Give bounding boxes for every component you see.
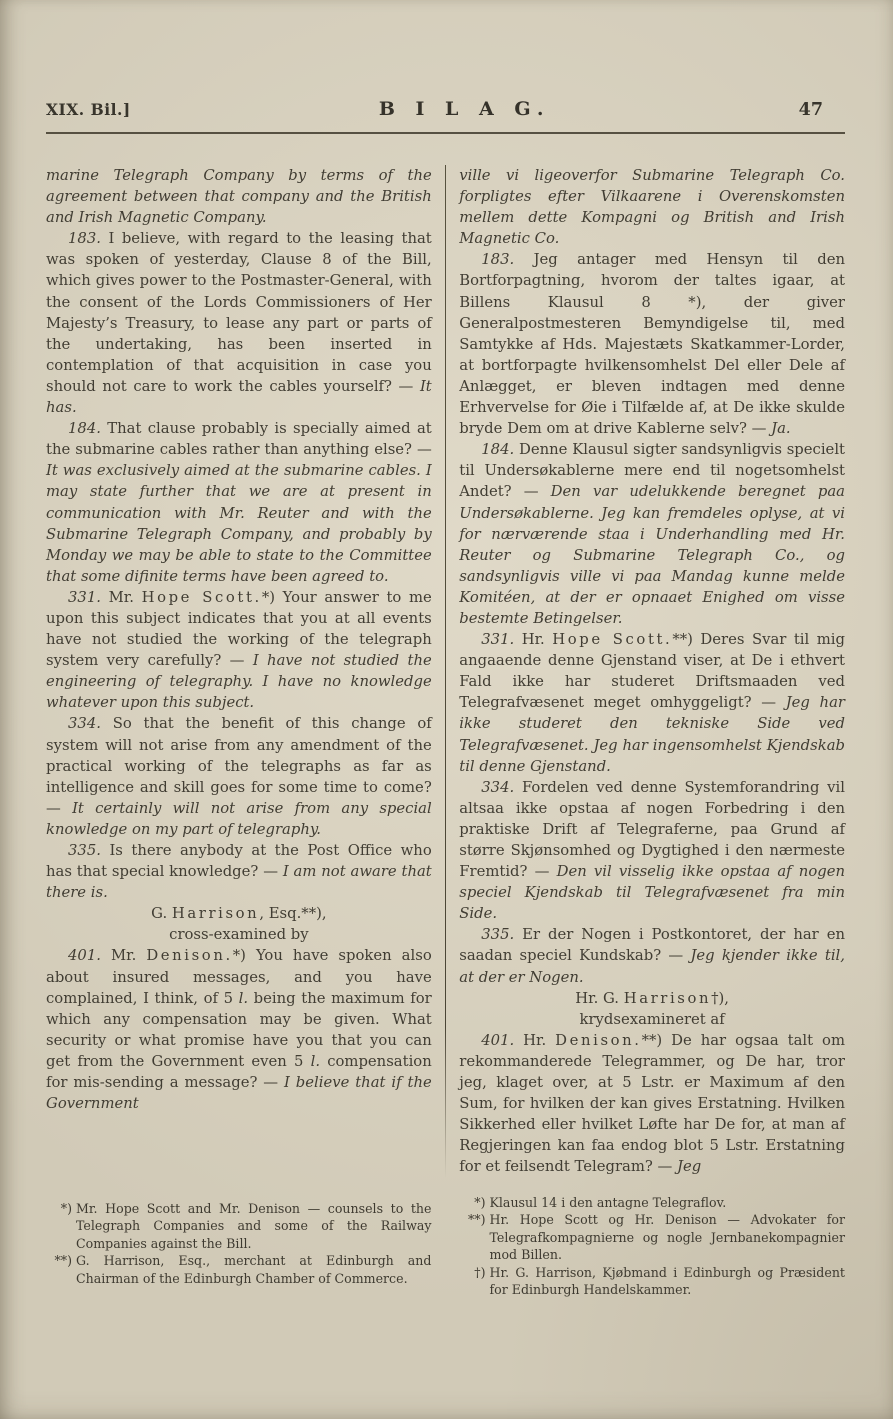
question-number: 334. bbox=[68, 715, 113, 732]
text-segment: krydsexamineret af bbox=[580, 1011, 725, 1028]
footnote-text: Mr. Hope Scott and Mr. Denison — counsel… bbox=[76, 1201, 432, 1251]
witness-heading: Hr. G. Harrison†), bbox=[459, 988, 845, 1009]
text-segment: Hr. bbox=[523, 1032, 555, 1049]
answer-text: It was exclusively aimed at the submarin… bbox=[46, 462, 432, 584]
question-335: 335. Is there anybody at the Post Office… bbox=[46, 840, 432, 903]
header-section-label: XIX. Bil.] bbox=[46, 100, 131, 119]
question-401: 401. Hr. Denison.**) De har ogsaa talt o… bbox=[459, 1030, 845, 1178]
footnote: *)Klausul 14 i den antagne Telegraflov. bbox=[460, 1194, 846, 1212]
footnote: **)G. Harrison, Esq., merchant at Edinbu… bbox=[46, 1252, 432, 1287]
question-number: 334. bbox=[481, 779, 522, 796]
text-segment: Hr. bbox=[522, 631, 553, 648]
witness-subheading: krydsexamineret af bbox=[459, 1009, 845, 1030]
answer-text: Jeg bbox=[677, 1158, 701, 1175]
footnote-text: G. Harrison, Esq., merchant at Edinburgh… bbox=[76, 1253, 432, 1286]
question-331: 331. Mr. Hope Scott.*) Your answer to me… bbox=[46, 587, 432, 714]
text-segment: Hr. G. bbox=[575, 990, 623, 1007]
question-331: 331. Hr. Hope Scott.**) Deres Svar til m… bbox=[459, 629, 845, 777]
scanned-document-page: { "header": { "left": "XIX. Bil.]", "cen… bbox=[0, 0, 893, 1419]
footnote-marker: *) bbox=[460, 1194, 490, 1212]
witness-subheading: cross-examined by bbox=[46, 924, 432, 945]
footnote: †)Hr. G. Harrison, Kjøbmand i Edinburgh … bbox=[460, 1264, 846, 1299]
footnote: *)Mr. Hope Scott and Mr. Denison — couns… bbox=[46, 1200, 432, 1253]
footnote-text: Hr. Hope Scott og Hr. Denison — Advokate… bbox=[490, 1212, 846, 1262]
text-segment: cross-examined by bbox=[169, 926, 308, 943]
question-number: 331. bbox=[481, 631, 521, 648]
text-segment: I believe, with regard to the leasing th… bbox=[46, 230, 432, 395]
page-number: 47 bbox=[799, 100, 845, 120]
answer-text: Den var udelukkende beregnet paa Undersø… bbox=[459, 483, 845, 627]
text-segment: marine Telegraph Company by terms of the… bbox=[46, 167, 432, 226]
text-segment: **) De har ogsaa talt om rekommanderede … bbox=[459, 1032, 845, 1176]
speaker-name: Denison. bbox=[146, 947, 232, 964]
question-number: 184. bbox=[481, 441, 519, 458]
footnote-marker: *) bbox=[46, 1200, 76, 1218]
question-number: 401. bbox=[68, 947, 111, 964]
page: XIX. Bil.] B I L A G. 47 marine Telegrap… bbox=[0, 0, 893, 1419]
question-183: 183. Jeg antager med Hensyn til den Bort… bbox=[459, 249, 845, 439]
main-text: marine Telegraph Company by terms of the… bbox=[46, 165, 845, 1178]
question-184: 184. Denne Klausul sigter sandsynligvis … bbox=[459, 439, 845, 629]
text-segment: Jeg antager med Hensyn til den Bortforpa… bbox=[459, 251, 845, 437]
text-segment: †), bbox=[711, 990, 729, 1007]
speaker-name: Hope Scott. bbox=[142, 589, 262, 606]
question-183: 183. I believe, with regard to the leasi… bbox=[46, 228, 432, 418]
footnote-marker: **) bbox=[460, 1211, 490, 1229]
continuation-paragraph: marine Telegraph Company by terms of the… bbox=[46, 165, 432, 228]
footnotes-section: *)Mr. Hope Scott and Mr. Denison — couns… bbox=[46, 1194, 845, 1300]
answer-text: It certainly will not arise from any spe… bbox=[46, 800, 432, 838]
footnote-text: Hr. G. Harrison, Kjøbmand i Edinburgh og… bbox=[490, 1265, 846, 1298]
question-number: 183. bbox=[68, 230, 108, 247]
text-segment: l. bbox=[239, 990, 248, 1007]
footnote-marker: †) bbox=[460, 1264, 490, 1282]
witness-heading: G. Harrison, Esq.**), bbox=[46, 903, 432, 924]
text-segment: l. bbox=[311, 1053, 320, 1070]
footnote-text: Klausul 14 i den antagne Telegraflov. bbox=[490, 1195, 727, 1210]
question-number: 331. bbox=[68, 589, 109, 606]
page-header: XIX. Bil.] B I L A G. 47 bbox=[46, 98, 845, 126]
question-184: 184. That clause probably is specially a… bbox=[46, 418, 432, 587]
question-335: 335. Er der Nogen i Postkontoret, der ha… bbox=[459, 924, 845, 987]
question-number: 335. bbox=[481, 926, 522, 943]
continuation-paragraph: ville vi ligeoverfor Submarine Telegraph… bbox=[459, 165, 845, 249]
question-number: 183. bbox=[481, 251, 533, 268]
text-column-danish: ville vi ligeoverfor Submarine Telegraph… bbox=[446, 165, 845, 1178]
witness-name: Harrison bbox=[172, 905, 259, 922]
footnotes-danish: *)Klausul 14 i den antagne Telegraflov.*… bbox=[446, 1194, 846, 1300]
text-segment: Mr. bbox=[109, 589, 142, 606]
question-number: 184. bbox=[68, 420, 107, 437]
text-segment: ville vi ligeoverfor Submarine Telegraph… bbox=[459, 167, 845, 247]
answer-text: Ja. bbox=[771, 420, 790, 437]
text-column-english: marine Telegraph Company by terms of the… bbox=[46, 165, 445, 1178]
footnote-marker: **) bbox=[46, 1252, 76, 1270]
question-number: 335. bbox=[68, 842, 109, 859]
question-334: 334. So that the benefit of this change … bbox=[46, 713, 432, 840]
page-heading: B I L A G. bbox=[131, 98, 799, 120]
question-334: 334. Fordelen ved denne Systemforandring… bbox=[459, 777, 845, 925]
header-rule bbox=[46, 132, 845, 134]
text-segment: , Esq.**), bbox=[259, 905, 326, 922]
text-segment: Mr. bbox=[111, 947, 146, 964]
footnotes-english: *)Mr. Hope Scott and Mr. Denison — couns… bbox=[46, 1194, 446, 1300]
speaker-name: Denison. bbox=[555, 1032, 641, 1049]
witness-name: Harrison bbox=[624, 990, 711, 1007]
text-segment: G. bbox=[151, 905, 172, 922]
speaker-name: Hope Scott. bbox=[552, 631, 672, 648]
question-401: 401. Mr. Denison.*) You have spoken also… bbox=[46, 945, 432, 1114]
footnote: **)Hr. Hope Scott og Hr. Denison — Advok… bbox=[460, 1211, 846, 1264]
question-number: 401. bbox=[481, 1032, 523, 1049]
